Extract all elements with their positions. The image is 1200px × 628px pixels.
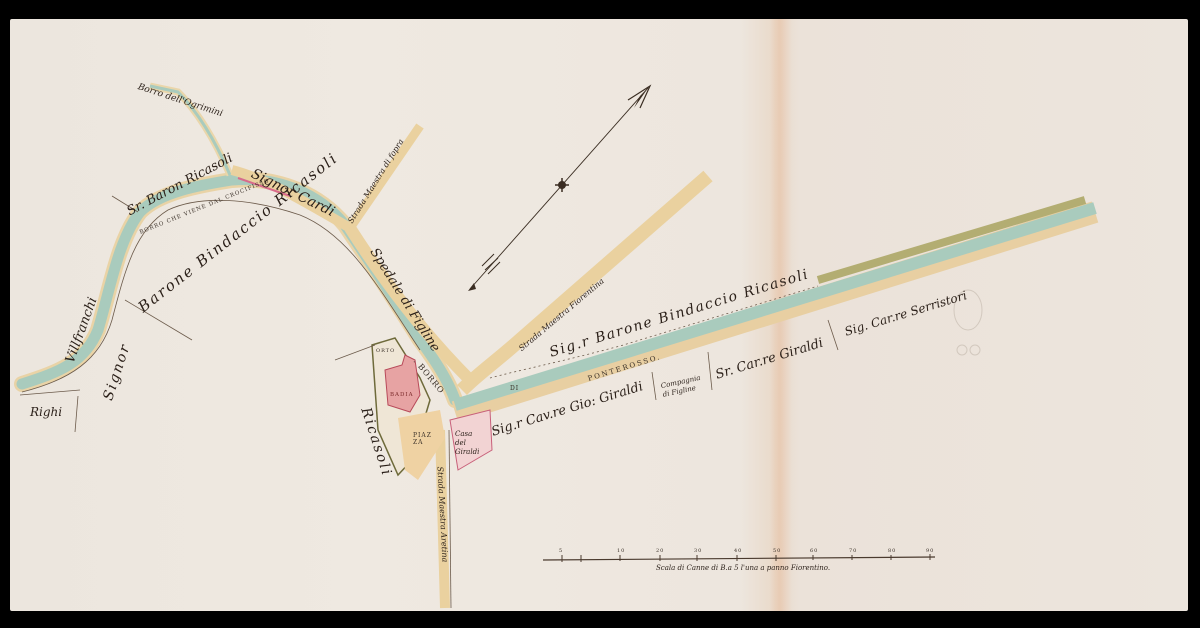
map-viewer: Borro dell'Ogrimini Sr. Baron Ricasoli S… [0, 0, 1200, 628]
label-casa-giraldi: Casa del Giraldi [455, 430, 485, 457]
scale-tick: 50 [773, 548, 781, 554]
map-drawing [0, 0, 1200, 628]
scale-bar [543, 554, 935, 562]
scale-tick: 80 [888, 548, 896, 554]
scale-tick: 10 [617, 548, 625, 554]
scale-tick: 40 [734, 548, 742, 554]
label-orto: ORTO [376, 348, 395, 354]
label-righi: Righi [30, 405, 62, 419]
scale-tick: 20 [656, 548, 664, 554]
scale-caption: Scala di Canne di B.a 5 l'una a panno Fi… [656, 564, 830, 572]
scale-tick: 90 [926, 548, 934, 554]
compass-arrow-icon [468, 86, 650, 291]
scale-tick: 60 [810, 548, 818, 554]
scale-tick: 30 [694, 548, 702, 554]
label-di: DI [510, 385, 519, 392]
road-strada-maestra-fiorentina [462, 176, 708, 390]
scale-tick: 70 [849, 548, 857, 554]
scale-tick: 5 [559, 548, 563, 554]
label-badia: BADIA [390, 392, 414, 398]
label-piazza: PIAZ ZA [413, 432, 437, 446]
